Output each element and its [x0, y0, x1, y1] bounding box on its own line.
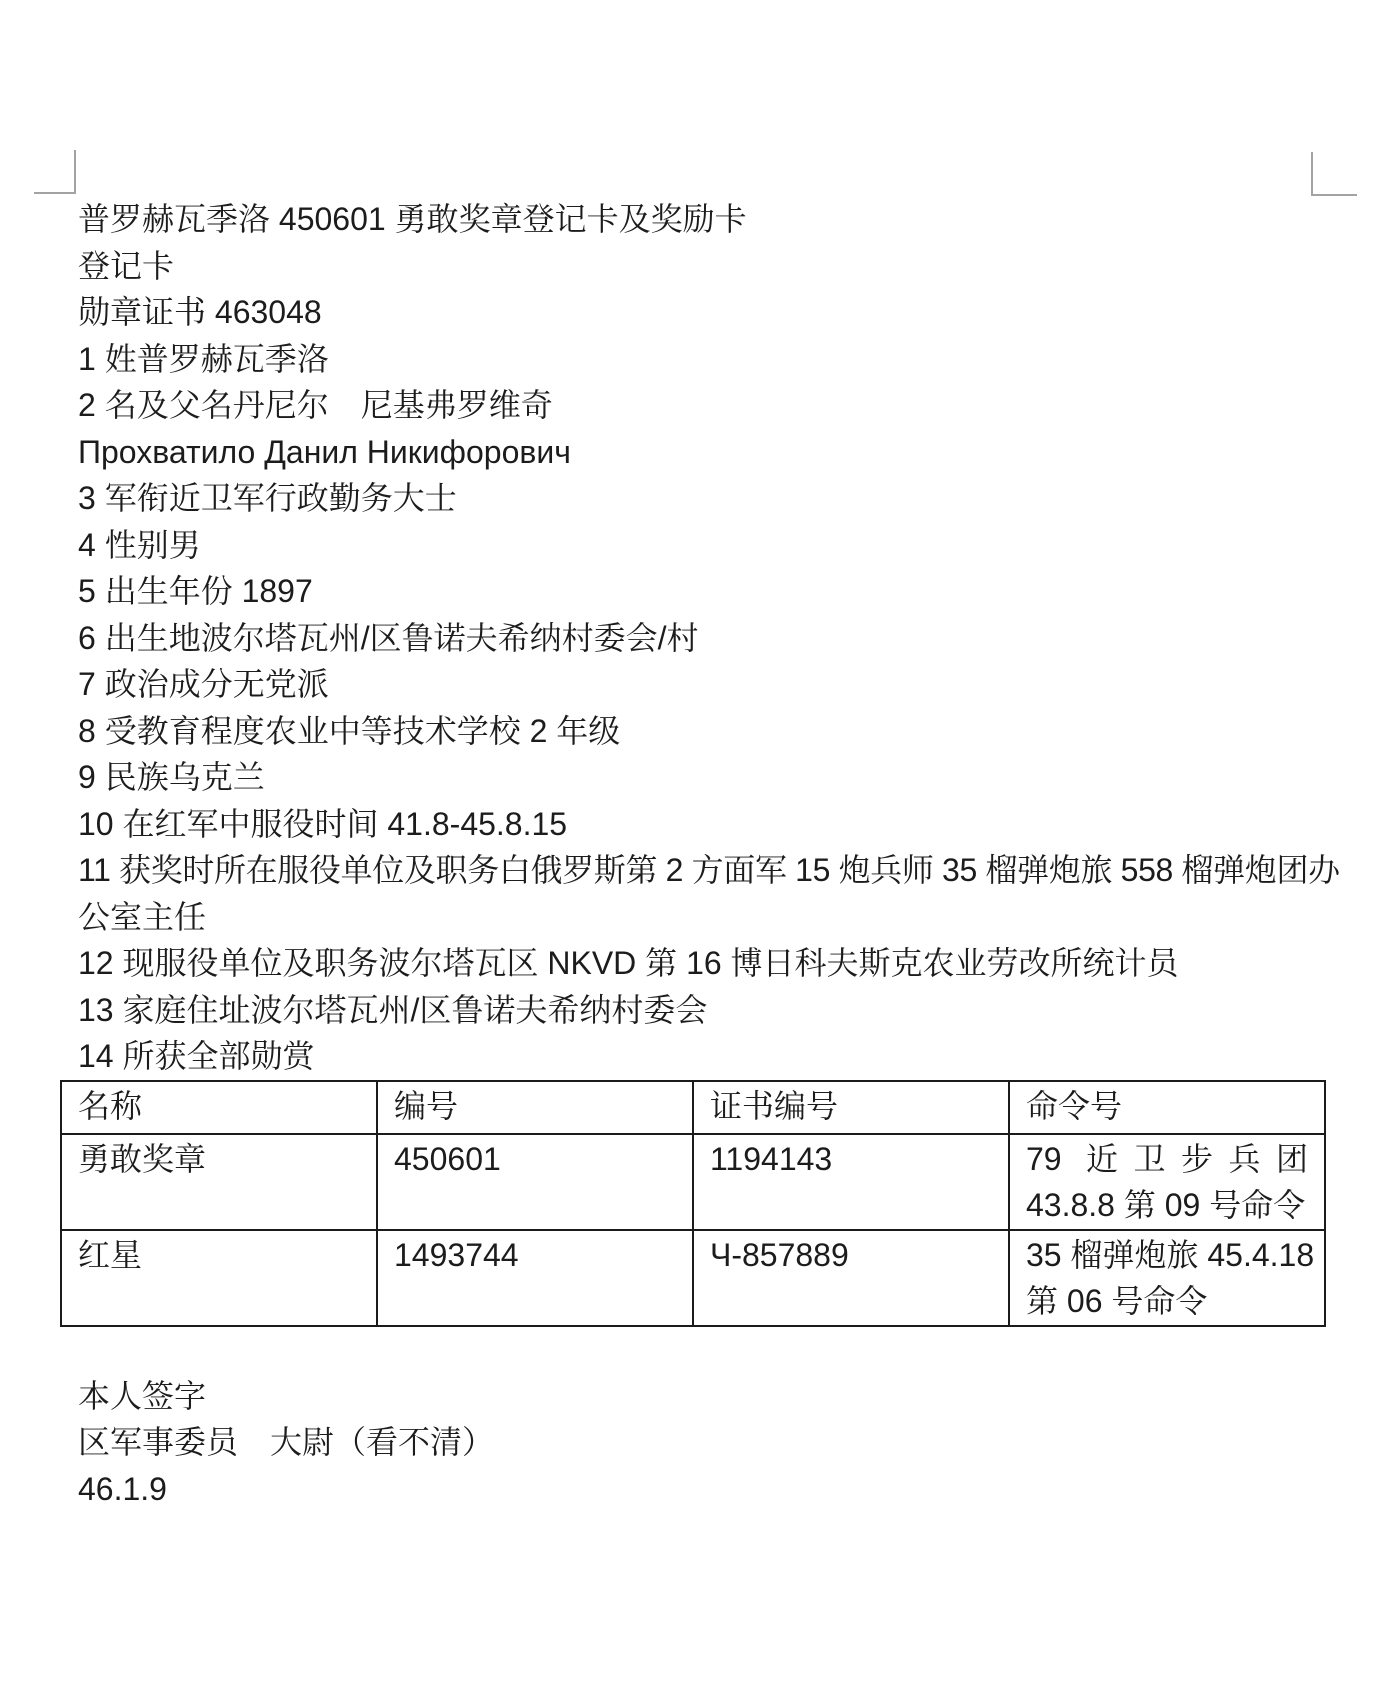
document-title: 普罗赫瓦季洛 450601 勇敢奖章登记卡及奖励卡: [78, 196, 1313, 243]
document-line-cyrillic-name: Прохватило Данил Никифорович: [78, 429, 1313, 476]
column-header-number: 编号: [377, 1081, 693, 1134]
column-header-name: 名称: [61, 1081, 377, 1134]
cell-order: 79 近卫步兵团 43.8.8 第 09 号命令: [1009, 1134, 1325, 1230]
document-line: 9 民族乌克兰: [78, 754, 1313, 801]
cell-order: 35 榴弹炮旅 45.4.18 第 06 号命令: [1009, 1230, 1325, 1326]
order-line: 35 榴弹炮旅 45.4.18: [1026, 1232, 1308, 1279]
cell-award-name: 勇敢奖章: [61, 1134, 377, 1230]
column-header-order: 命令号: [1009, 1081, 1325, 1134]
document-line: 14 所获全部勋赏: [78, 1033, 1313, 1080]
signature-line: 本人签字: [78, 1373, 1313, 1420]
document-line: 7 政治成分无党派: [78, 661, 1313, 708]
document-line: 10 在红军中服役时间 41.8-45.8.15: [78, 801, 1313, 848]
corner-mark-horizontal-line: [1311, 194, 1357, 196]
document-line: 8 受教育程度农业中等技术学校 2 年级: [78, 708, 1313, 755]
document-page: { "page": { "background": "#ffffff", "te…: [0, 0, 1400, 1681]
document-line: 勋章证书 463048: [78, 289, 1313, 336]
document-line: 4 性别男: [78, 522, 1313, 569]
document-line: 11 获奖时所在服役单位及职务白俄罗斯第 2 方面军 15 炮兵师 35 榴弹炮…: [78, 847, 1313, 894]
document-line: 登记卡: [78, 243, 1313, 290]
document-line: 2 名及父名丹尼尔 尼基弗罗维奇: [78, 382, 1313, 429]
awards-table-header-row: 名称 编号 证书编号 命令号: [61, 1081, 1325, 1134]
document-line: 1 姓普罗赫瓦季洛: [78, 336, 1313, 383]
cell-certificate: Ч-857889: [693, 1230, 1009, 1326]
document-line: 13 家庭住址波尔塔瓦州/区鲁诺夫希纳村委会: [78, 987, 1313, 1034]
order-line: 第 06 号命令: [1026, 1278, 1308, 1325]
table-row: 红星 1493744 Ч-857889 35 榴弹炮旅 45.4.18 第 06…: [61, 1230, 1325, 1326]
document-body: 普罗赫瓦季洛 450601 勇敢奖章登记卡及奖励卡 登记卡 勋章证书 46304…: [78, 196, 1313, 1512]
document-line: 3 军衔近卫军行政勤务大士: [78, 475, 1313, 522]
document-line: 6 出生地波尔塔瓦州/区鲁诺夫希纳村委会/村: [78, 615, 1313, 662]
cell-award-name: 红星: [61, 1230, 377, 1326]
order-line: 79 近卫步兵团: [1026, 1136, 1308, 1183]
date-line: 46.1.9: [78, 1466, 1313, 1513]
cell-number: 1493744: [377, 1230, 693, 1326]
cell-certificate: 1194143: [693, 1134, 1009, 1230]
corner-mark-vertical-line: [74, 150, 76, 194]
column-header-certificate: 证书编号: [693, 1081, 1009, 1134]
awards-table: 名称 编号 证书编号 命令号 勇敢奖章 450601 1194143 79 近卫…: [60, 1080, 1326, 1327]
commissar-rank-line: 区军事委员 大尉（看不清）: [78, 1419, 1313, 1466]
document-line: 公室主任: [78, 894, 1313, 941]
corner-mark-vertical-line: [1311, 152, 1313, 196]
document-line: 5 出生年份 1897: [78, 568, 1313, 615]
table-row: 勇敢奖章 450601 1194143 79 近卫步兵团 43.8.8 第 09…: [61, 1134, 1325, 1230]
order-line: 43.8.8 第 09 号命令: [1026, 1182, 1308, 1229]
signature-block: 本人签字 区军事委员 大尉（看不清） 46.1.9: [78, 1373, 1313, 1513]
corner-mark-horizontal-line: [34, 192, 76, 194]
cell-number: 450601: [377, 1134, 693, 1230]
document-line: 12 现服役单位及职务波尔塔瓦区 NKVD 第 16 博日科夫斯克农业劳改所统计…: [78, 940, 1313, 987]
